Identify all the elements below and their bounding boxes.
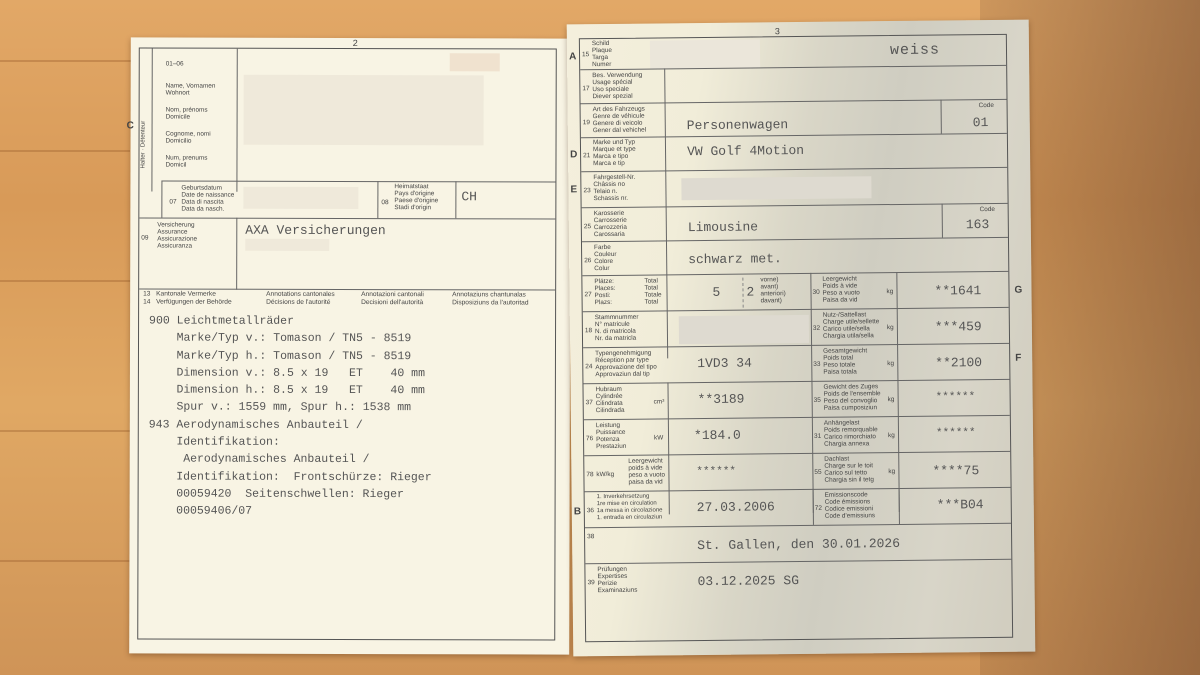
color-label: Farbe Couleur Colore Colur [594, 244, 617, 272]
annotations-rm: Annotaziuns chantunalas Disposiziuns da … [452, 291, 528, 306]
redacted-insurance-detail [245, 239, 329, 251]
total-weight-value: **2100 [935, 355, 982, 370]
annotation-line: 900 Leichtmetallräder [149, 312, 432, 330]
annotation-line: Identifikation: [149, 434, 432, 452]
left-page: 2 C Halter · Détenteur 01–06 Name, Vorna… [129, 37, 571, 654]
insurance-label: Versicherung Assurance Assicurazione Ass… [157, 221, 197, 249]
type-approval-value: 1VD3 34 [697, 356, 752, 372]
page-number: 3 [775, 26, 780, 36]
roof-load-label: Dachlast Charge sur le toit Carico sul t… [824, 455, 874, 484]
master-number-label: Stammnummer N° matricule N. di matricola… [595, 314, 639, 342]
empty-weight-label: Leergewicht Poids à vide Peso a vuoto Pa… [822, 275, 860, 303]
wood-grain [0, 150, 130, 152]
wood-grain [0, 280, 135, 282]
seats-label: Plätze: Places: Posti: Plazs: [594, 278, 615, 306]
annotation-line: 943 Aerodynamisches Anbauteil / [149, 416, 432, 434]
issued-place-date: St. Gallen, den 30.01.2026 [697, 536, 900, 553]
color-value: schwarz met. [688, 251, 782, 267]
right-page: 3 A D E B G F 15 Schild Plaque Targa Num… [567, 20, 1036, 657]
holder-label-it: Cognome, nomi Domicilio [166, 131, 211, 145]
holder-vertical-label: Halter · Détenteur [140, 121, 146, 169]
annotation-lines: 900 Leichtmetallräder Marke/Typ v.: Toma… [149, 312, 432, 520]
inspections-value: 03.12.2025 SG [697, 573, 799, 589]
annotation-line: Marke/Typ v.: Tomason / TN5 - 8519 [149, 330, 432, 348]
holder-label-de: Name, Vornamen Wohnort [166, 83, 216, 97]
annotation-line: Dimension v.: 8.5 x 19 ET 40 mm [149, 364, 432, 382]
trailer-load-value: ****** [936, 427, 976, 439]
power-label: Leistung Puissance Potenza Prestaziun [596, 422, 626, 450]
annotation-line: Marke/Typ h.: Tomason / TN5 - 8519 [149, 347, 432, 365]
make-model-label: Marke und Typ Marque et type Marca e tip… [593, 139, 636, 167]
origin-label: Heimatstaat Pays d'origine Paese d'origi… [394, 183, 438, 211]
annotation-line: Identifikation: Frontschürze: Rieger [149, 468, 432, 486]
emission-code-value: ***B04 [937, 497, 984, 512]
seats-front: 2 [746, 284, 754, 299]
chassis-label: Fahrgestell-Nr. Châssis no Telaio n. Sch… [593, 174, 635, 202]
displacement-label: Hubraum Cylindrée Cilindrata Cilindrada [595, 386, 624, 414]
insurance-value: AXA Versicherungen [245, 223, 385, 238]
train-weight-label: Gewicht des Zuges Poids de l'ensemble Pe… [823, 383, 880, 412]
displacement-value: **3189 [698, 392, 745, 407]
inspections-label: Prüfungen Expertises Perizie Examinaziun… [597, 566, 637, 594]
annotation-line: 00059406/07 [149, 503, 432, 521]
holder-code: 01–06 [166, 61, 184, 68]
origin-value: CH [461, 189, 477, 204]
payload-value: ***459 [935, 319, 982, 334]
right-page-frame: A D E B G F 15 Schild Plaque Targa Numer… [579, 34, 1013, 642]
birthdate-label: Geburtsdatum Date de naissance Data di n… [181, 185, 234, 213]
emission-code-label: Emissionscode Code émissions Codice emis… [825, 491, 876, 520]
annotations-num: 13 14 [143, 290, 150, 305]
roof-load-value: ****75 [932, 463, 979, 478]
redacted-holder-name [244, 75, 484, 146]
annotation-line: Aerodynamisches Anbauteil / [149, 451, 432, 469]
body-value: Limousine [688, 219, 758, 235]
plate-color: weiss [890, 42, 940, 60]
first-registration-label: 1. Inverkehrsetzung 1re mise en circulat… [597, 493, 663, 522]
plate-label: Schild Plaque Targa Numer [592, 40, 612, 68]
power-weight-value: ****** [696, 466, 736, 478]
page-number: 2 [353, 38, 358, 48]
redacted-plate-number [650, 39, 760, 68]
redacted-field [450, 53, 500, 71]
wood-grain [0, 60, 140, 62]
annotations-de: Kantonale Vermerke Verfügungen der Behör… [156, 290, 232, 305]
annotation-line: 00059420 Seitenschwellen: Rieger [149, 485, 432, 503]
annotation-line: Spur v.: 1559 mm, Spur h.: 1538 mm [149, 399, 432, 417]
power-value: *184.0 [694, 428, 741, 443]
holder-label-fr: Nom, prénoms Domicile [166, 107, 208, 121]
annotations-it: Annotazioni cantonali Decisioni dell'aut… [361, 291, 424, 306]
section-letter-c: C [127, 120, 134, 131]
payload-label: Nutz-/Sattellast Charge utile/sellette C… [823, 311, 880, 340]
vehicle-type-value: Personenwagen [687, 117, 789, 133]
special-use-label: Bes. Verwendung Usage spécial Uso specia… [592, 72, 642, 101]
left-page-frame: Halter · Détenteur 01–06 Name, Vornamen … [137, 47, 557, 640]
first-registration-value: 27.03.2006 [697, 499, 775, 515]
annotations-fr: Annotations cantonales Décisions de l'au… [266, 291, 335, 306]
redacted-master-number [679, 315, 809, 344]
empty-weight-value: **1641 [934, 283, 981, 298]
seats-total: 5 [712, 285, 720, 300]
body-label: Karosserie Carrosserie Carrozzeria Caros… [594, 210, 627, 238]
power-weight-label: Leergewicht poids à vide peso a vuoto pa… [628, 457, 665, 485]
redacted-chassis-number [681, 176, 871, 200]
holder-label-rm: Num, prenums Domicil [165, 155, 207, 169]
wood-grain [0, 560, 140, 562]
trailer-load-label: Anhängelast Poids remorquable Carico rim… [824, 419, 878, 448]
vehicle-type-label: Art des Fahrzeugs Genre de véhicule Gene… [593, 106, 647, 135]
annotation-line: Dimension h.: 8.5 x 19 ET 40 mm [149, 382, 432, 400]
train-weight-value: ****** [936, 391, 976, 403]
type-approval-label: Typengenehmigung Réception par type Appr… [595, 350, 657, 379]
make-model-value: VW Golf 4Motion [687, 143, 804, 159]
wood-grain [0, 430, 130, 432]
vehicle-type-code: 01 [973, 115, 989, 130]
total-weight-label: Gesamtgewicht Poids total Peso totale Pa… [823, 347, 867, 375]
body-code: 163 [966, 217, 990, 232]
redacted-birthdate [243, 187, 358, 209]
